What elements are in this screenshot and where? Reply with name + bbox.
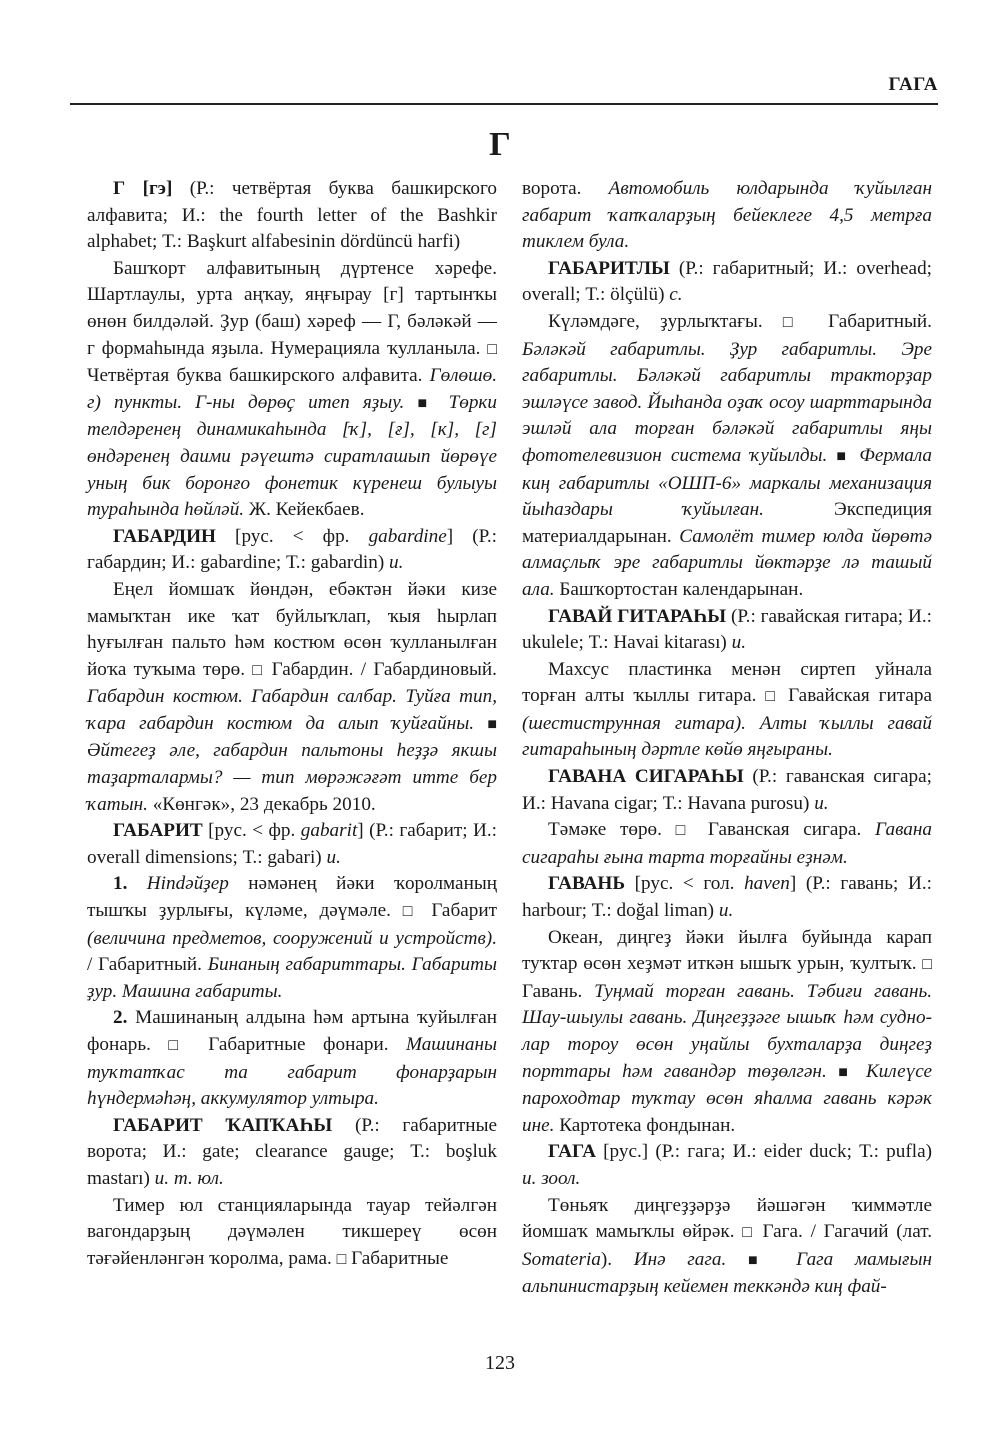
text-run: Габаритные xyxy=(346,1248,448,1269)
dictionary-paragraph: Тимер юл станцияларында тауар тейәлгән в… xyxy=(87,1193,497,1274)
text-run: gabarit xyxy=(301,820,358,841)
left-column: Г [гэ] (Р.: четвёртая буква башкирского … xyxy=(87,176,497,1273)
dictionary-paragraph: Башҡорт алфавитының дүртенсе хәрефе. Шар… xyxy=(87,256,497,524)
header-rule xyxy=(70,103,938,105)
text-run: ворота. xyxy=(522,178,609,199)
text-run: Гавань. xyxy=(522,981,594,1002)
text-run: Гаванская сигара. xyxy=(694,819,875,840)
filled-square-icon: ■ xyxy=(417,395,435,412)
headword: ГАБАРИТ ҠАПҠАҺЫ xyxy=(113,1115,332,1136)
text-run: Габаритный. xyxy=(808,311,932,332)
text-run: Четвёртая буква башкирского алфавита. xyxy=(87,365,430,386)
headword: ГАБАРИТЛЫ xyxy=(548,258,670,279)
text-run xyxy=(127,873,146,894)
text-run: и. xyxy=(719,900,733,921)
open-square-icon: □ xyxy=(252,662,264,679)
text-run: [рус.] (Р.: гага; И.: eider duck; Т.: pu… xyxy=(596,1141,932,1162)
text-run xyxy=(474,713,487,734)
dictionary-paragraph: ГАБАРИТ ҠАПҠАҺЫ (Р.: габаритные ворота; … xyxy=(87,1113,497,1193)
text-run: Тәмәке төрө. xyxy=(548,819,676,840)
dictionary-paragraph: ГАБАРИТЛЫ (Р.: габаритный; И.: overhead;… xyxy=(522,256,932,309)
text-run: и. xyxy=(389,552,403,573)
filled-square-icon: ■ xyxy=(487,716,497,733)
text-run: Нindәйҙер xyxy=(147,873,229,894)
dictionary-paragraph: Махсус пластинка менән сиртеп уйнала тор… xyxy=(522,657,932,764)
text-run xyxy=(855,1061,866,1082)
text-run: [рус. < гол. xyxy=(625,873,744,894)
text-run: Гавайская гитара xyxy=(779,685,932,706)
text-run: (величина предметов, сооружений и устрой… xyxy=(87,928,497,949)
text-run: ). xyxy=(601,1249,634,1270)
dictionary-paragraph: Күләмдәге, ҙурлыҡтағы. □ Габаритный. Бәл… xyxy=(522,309,932,604)
text-run: Габардин костюм. Габардин салбар. Туйға … xyxy=(87,686,497,734)
text-run xyxy=(827,1061,838,1082)
dictionary-paragraph: ГАВАЙ ГИТАРАҺЫ (Р.: гавайская гитара; И.… xyxy=(522,604,932,657)
text-run: и. xyxy=(814,793,828,814)
headword: 1. xyxy=(113,873,127,894)
text-run: gabardine xyxy=(369,526,447,547)
dictionary-paragraph: ГАВАНА СИГАРАҺЫ (Р.: гаванская сигара; И… xyxy=(522,764,932,817)
text-run: Габарит xyxy=(419,900,497,921)
open-square-icon: □ xyxy=(168,1037,190,1054)
text-run: (шестиструнная гитара). Алты ҡыллы гавай… xyxy=(522,713,932,761)
text-run: Ж. Кейекбаев. xyxy=(244,499,364,520)
running-head: ГАГА xyxy=(889,74,938,96)
text-run: Гага. / Гагачий (лат. xyxy=(755,1221,932,1242)
open-square-icon: □ xyxy=(676,822,695,839)
text-run: и. зоол. xyxy=(522,1168,580,1189)
dictionary-paragraph: Океан, диңгеҙ йәки йылға буйында карап т… xyxy=(522,925,932,1140)
text-run: Somateria xyxy=(522,1249,601,1270)
open-square-icon: □ xyxy=(403,903,420,920)
headword: ГАГА xyxy=(548,1141,596,1162)
open-square-icon: □ xyxy=(922,956,932,973)
headword: 2. xyxy=(113,1007,127,1028)
text-run: / Габаритный. xyxy=(87,954,208,975)
dictionary-paragraph: ГАГА [рус.] (Р.: гага; И.: eider duck; Т… xyxy=(522,1139,932,1192)
dictionary-paragraph: ГАБАРДИН [рус. < фр. gabardine] (Р.: габ… xyxy=(87,524,497,577)
headword: ГАБАРИТ xyxy=(113,820,203,841)
text-run: haven xyxy=(744,873,790,894)
headword: ГАВАНА СИГАРАҺЫ xyxy=(548,766,744,787)
headword: Г [гэ] xyxy=(113,178,172,199)
dictionary-paragraph: ГАВАНЬ [рус. < гол. haven] (Р.: гавань; … xyxy=(522,871,932,924)
text-run: Габаритные фонари. xyxy=(191,1034,406,1055)
text-run xyxy=(726,1249,748,1270)
text-run: Габардин. / Габардиновый. xyxy=(264,659,497,680)
text-run: и. т. юл. xyxy=(155,1168,224,1189)
filled-square-icon: ■ xyxy=(836,448,850,465)
text-run: Картотека фондынан. xyxy=(554,1115,735,1136)
text-run xyxy=(774,1249,796,1270)
dictionary-paragraph: 1. Нindәйҙер нәмәнең йәки ҡоролманың тыш… xyxy=(87,871,497,1005)
open-square-icon: □ xyxy=(742,1224,755,1241)
dictionary-paragraph: Г [гэ] (Р.: четвёртая буква башкирского … xyxy=(87,176,497,256)
headword: ГАВАЙ ГИТАРАҺЫ xyxy=(548,606,726,627)
text-run xyxy=(435,392,448,413)
open-square-icon: □ xyxy=(765,688,779,705)
text-run: Башҡорт алфавитының дүртенсе хәрефе. Шар… xyxy=(87,258,497,359)
text-run: и. xyxy=(326,847,340,868)
filled-square-icon: ■ xyxy=(748,1252,775,1269)
dictionary-paragraph: ГАБАРИТ [рус. < фр. gabarit] (Р.: габари… xyxy=(87,818,497,871)
dictionary-paragraph: Төньяҡ диңгеҙҙәрҙә йәшәгән ҡиммәтле йомш… xyxy=(522,1193,932,1301)
section-letter: Г xyxy=(0,126,1000,164)
headword: ГАБАРДИН xyxy=(113,526,216,547)
headword: ГАВАНЬ xyxy=(548,873,625,894)
text-run xyxy=(404,392,417,413)
text-run: Инә гага. xyxy=(634,1249,727,1270)
dictionary-paragraph: Тәмәке төрө. □ Гаванская сигара. Гавана … xyxy=(522,817,932,871)
text-run: [рус. < фр. xyxy=(216,526,369,547)
dictionary-paragraph: ворота. Автомобиль юлдарында ҡуйылған га… xyxy=(522,176,932,256)
text-run: Башҡортостан календарынан. xyxy=(555,579,804,600)
open-square-icon: □ xyxy=(783,314,808,331)
page-number: 123 xyxy=(0,1352,1000,1375)
text-run: с. xyxy=(669,284,682,305)
open-square-icon: □ xyxy=(487,341,497,358)
right-column: ворота. Автомобиль юлдарында ҡуйылған га… xyxy=(522,176,932,1301)
text-run: «Көнгәк», 23 декабрь 2010. xyxy=(148,794,376,815)
filled-square-icon: ■ xyxy=(838,1064,854,1081)
text-run: и. xyxy=(732,632,746,653)
open-square-icon: □ xyxy=(337,1251,347,1268)
dictionary-paragraph: Еңел йомшаҡ йөндән, ебәктән йәки кизе ма… xyxy=(87,577,497,818)
text-run: Океан, диңгеҙ йәки йылға буйында карап т… xyxy=(522,927,932,975)
dictionary-paragraph: 2. Машинаның алдына һәм артына ҡуйылған … xyxy=(87,1005,497,1112)
text-run: [рус. < фр. xyxy=(203,820,301,841)
text-run: Күләмдәге, ҙурлыҡтағы. xyxy=(548,311,783,332)
